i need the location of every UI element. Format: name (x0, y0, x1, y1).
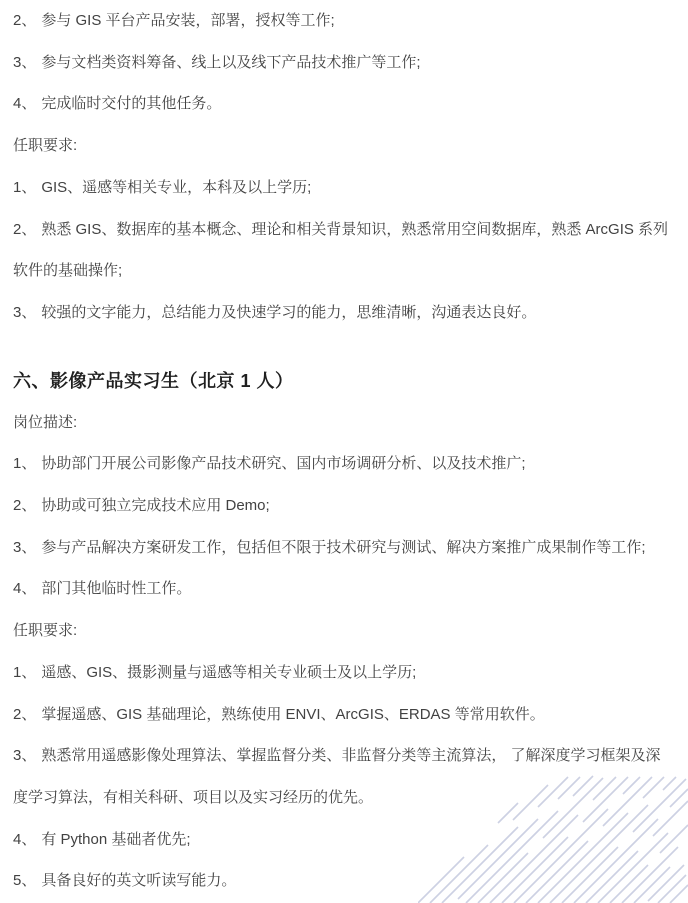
item-number: 3、 (13, 539, 36, 556)
list-item: 1、协助部门开展公司影像产品技术研究、国内市场调研分析、以及技术推广; (13, 443, 675, 485)
list-item: 3、参与文档类资料筹备、线上以及线下产品技术推广等工作; (13, 42, 675, 84)
item-text: 有 Python 基础者优先; (41, 831, 190, 848)
item-number: 1、 (13, 179, 36, 196)
item-text: 参与 GIS 平台产品安装，部署，授权等工作; (41, 12, 334, 29)
item-number: 4、 (13, 831, 36, 848)
job-posting-document: 2、参与 GIS 平台产品安装，部署，授权等工作; 3、参与文档类资料筹备、线上… (0, 0, 688, 903)
item-text: 协助部门开展公司影像产品技术研究、国内市场调研分析、以及技术推广; (41, 455, 525, 472)
list-item: 1、GIS、遥感等相关专业，本科及以上学历; (13, 167, 675, 209)
item-number: 5、 (13, 872, 36, 889)
item-number: 4、 (13, 580, 36, 597)
item-number: 3、 (13, 54, 36, 71)
item-text: 具备良好的英文听读写能力。 (41, 872, 236, 889)
list-item: 4、有 Python 基础者优先; (13, 819, 675, 861)
item-text: GIS、遥感等相关专业，本科及以上学历; (41, 179, 311, 196)
section-heading: 六、影像产品实习生（北京 1 人） (13, 360, 675, 402)
item-number: 2、 (13, 497, 36, 514)
list-item: 2、参与 GIS 平台产品安装，部署，授权等工作; (13, 0, 675, 42)
item-number: 3、 (13, 747, 36, 764)
item-number: 2、 (13, 221, 36, 238)
item-number: 1、 (13, 455, 36, 472)
requirements-label: 任职要求: (13, 610, 675, 652)
item-text: 熟悉常用遥感影像处理算法、掌握监督分类、非监督分类等主流算法， 了解深度学习框架… (13, 747, 661, 806)
item-text: 参与产品解决方案研发工作，包括但不限于技术研究与测试、解决方案推广成果制作等工作… (41, 539, 645, 556)
list-item: 3、熟悉常用遥感影像处理算法、掌握监督分类、非监督分类等主流算法， 了解深度学习… (13, 735, 675, 818)
item-text: 部门其他临时性工作。 (41, 580, 191, 597)
item-number: 3、 (13, 304, 36, 321)
description-label: 岗位描述: (13, 402, 675, 444)
list-item: 4、完成临时交付的其他任务。 (13, 83, 675, 125)
item-number: 2、 (13, 706, 36, 723)
list-item: 2、协助或可独立完成技术应用 Demo; (13, 485, 675, 527)
item-text: 掌握遥感、GIS 基础理论，熟练使用 ENVI、ArcGIS、ERDAS 等常用… (41, 706, 544, 723)
item-text: 较强的文字能力，总结能力及快速学习的能力，思维清晰，沟通表达良好。 (41, 304, 536, 321)
list-item: 4、部门其他临时性工作。 (13, 568, 675, 610)
list-item: 5、具备良好的英文听读写能力。 (13, 860, 675, 902)
item-number: 4、 (13, 95, 36, 112)
list-item: 3、参与产品解决方案研发工作，包括但不限于技术研究与测试、解决方案推广成果制作等… (13, 527, 675, 569)
section-gis-intern: 2、参与 GIS 平台产品安装，部署，授权等工作; 3、参与文档类资料筹备、线上… (13, 0, 675, 334)
item-text: 遥感、GIS、摄影测量与遥感等相关专业硕士及以上学历; (41, 664, 416, 681)
list-item: 3、较强的文字能力，总结能力及快速学习的能力，思维清晰，沟通表达良好。 (13, 292, 675, 334)
list-item: 2、掌握遥感、GIS 基础理论，熟练使用 ENVI、ArcGIS、ERDAS 等… (13, 694, 675, 736)
item-number: 1、 (13, 664, 36, 681)
item-text: 协助或可独立完成技术应用 Demo; (41, 497, 269, 514)
section-image-product-intern: 六、影像产品实习生（北京 1 人） 岗位描述: 1、协助部门开展公司影像产品技术… (13, 360, 675, 902)
item-text: 熟悉 GIS、数据库的基本概念、理论和相关背景知识，熟悉常用空间数据库，熟悉 A… (13, 221, 668, 280)
item-text: 参与文档类资料筹备、线上以及线下产品技术推广等工作; (41, 54, 420, 71)
list-item: 2、熟悉 GIS、数据库的基本概念、理论和相关背景知识，熟悉常用空间数据库，熟悉… (13, 209, 675, 292)
list-item: 1、遥感、GIS、摄影测量与遥感等相关专业硕士及以上学历; (13, 652, 675, 694)
item-number: 2、 (13, 12, 36, 29)
requirements-label: 任职要求: (13, 125, 675, 167)
item-text: 完成临时交付的其他任务。 (41, 95, 221, 112)
